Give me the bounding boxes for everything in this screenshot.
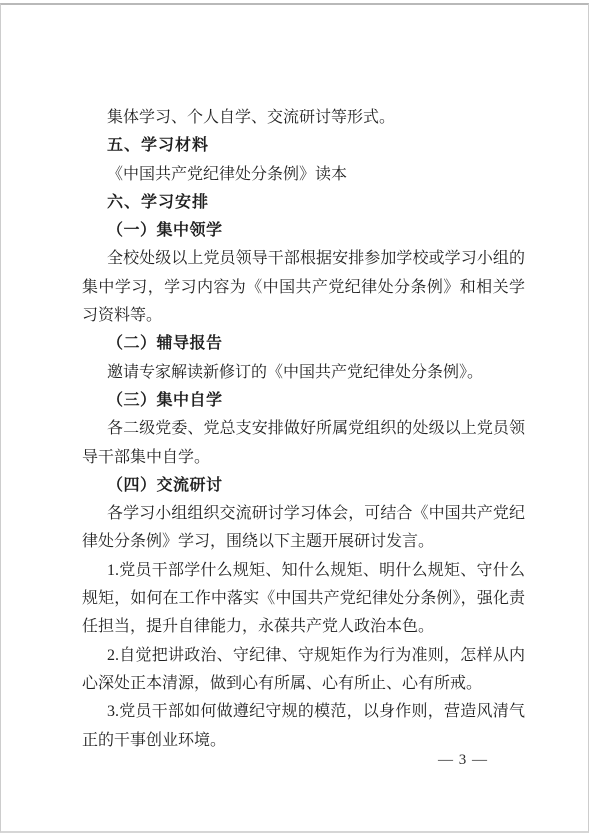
paragraph: 《中国共产党纪律处分条例》读本 (82, 161, 525, 189)
sub-heading-1: （一）集中领学 (82, 217, 525, 245)
paragraph-continuation: 集体学习、个人自学、交流研讨等形式。 (82, 104, 525, 132)
sub-heading-4: （四）交流研讨 (82, 472, 525, 500)
section-heading-5: 五、学习材料 (82, 132, 525, 160)
paragraph-list-item-2: 2.自觉把讲政治、守纪律、守规矩作为行为准则，怎样从内心深处正本清源，做到心有所… (82, 642, 525, 699)
section-heading-6: 六、学习安排 (82, 189, 525, 217)
page-number: — 3 — (438, 751, 488, 769)
paragraph: 邀请专家解读新修订的《中国共产党纪律处分条例》。 (82, 359, 525, 387)
paragraph: 全校处级以上党员领导干部根据安排参加学校或学习小组的集中学习，学习内容为《中国共… (82, 245, 525, 330)
document-page: 集体学习、个人自学、交流研讨等形式。 五、学习材料 《中国共产党纪律处分条例》读… (0, 0, 590, 840)
document-body: 集体学习、个人自学、交流研讨等形式。 五、学习材料 《中国共产党纪律处分条例》读… (82, 104, 525, 755)
paragraph: 各学习小组组织交流研讨学习体会，可结合《中国共产党纪律处分条例》学习，围绕以下主… (82, 500, 525, 557)
sub-heading-2: （二）辅导报告 (82, 330, 525, 358)
paragraph: 各二级党委、党总支安排做好所属党组织的处级以上党员领导干部集中自学。 (82, 415, 525, 472)
sub-heading-3: （三）集中自学 (82, 387, 525, 415)
paragraph-list-item-1: 1.党员干部学什么规矩、知什么规矩、明什么规矩、守什么规矩，如何在工作中落实《中… (82, 557, 525, 642)
paragraph-list-item-3: 3.党员干部如何做遵纪守规的模范，以身作则，营造风清气正的干事创业环境。 (82, 698, 525, 755)
